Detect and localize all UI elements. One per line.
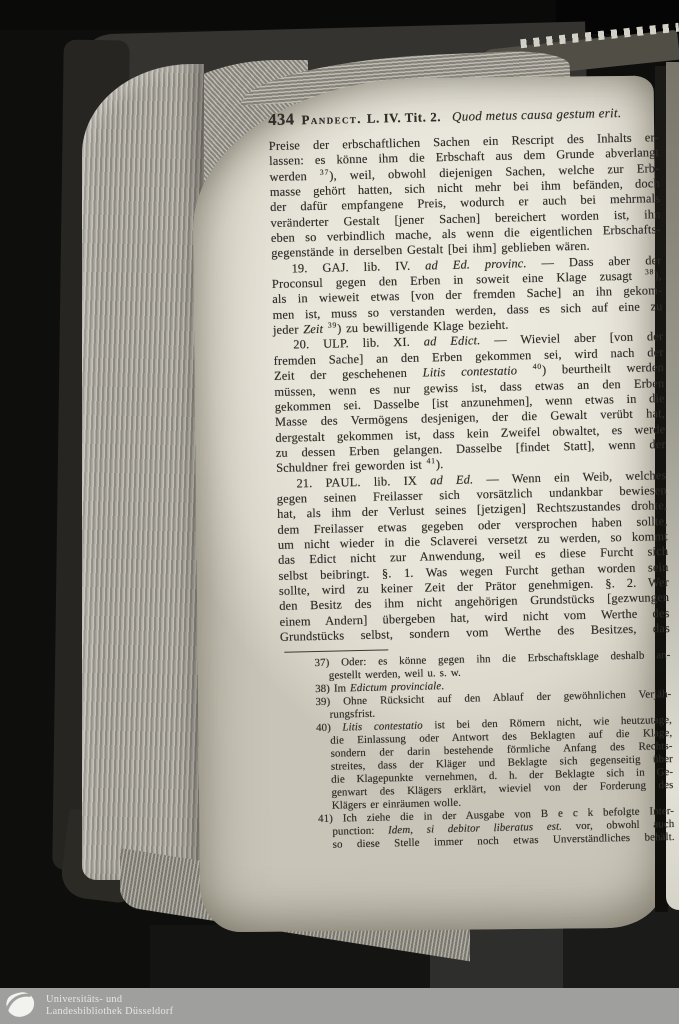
paragraph: 19. GAJ. lib. IV. ad Ed. provinc. — Dass… [271, 253, 663, 339]
ulb-duesseldorf-logo-icon [4, 991, 36, 1021]
footnotes: 37) Oder: es könne gegen ihn die Erbscha… [280, 649, 674, 853]
page-stack-left-edges [82, 64, 204, 880]
title-reference: L. IV. Tit. 2. [367, 110, 442, 127]
chapter-title: Quod metus causa gestum erit. [452, 105, 622, 125]
book-scan-photo: { "scan": { "header": { "page_number": "… [0, 0, 679, 1024]
watermark-text: Universitäts- und Landesbibliothek Düsse… [46, 994, 173, 1019]
watermark-line1: Universitäts- und [46, 994, 173, 1007]
work-title: Pandect. [301, 111, 362, 128]
paragraph: 21. PAUL. lib. IX ad Ed. — Wenn ein Weib… [276, 468, 670, 646]
library-watermark-bar: Universitäts- und Landesbibliothek Düsse… [0, 988, 679, 1024]
watermark-line2: Landesbibliothek Düsseldorf [46, 1006, 173, 1019]
body-text: Preise der erbschaftlichen Sachen ein Re… [269, 130, 670, 645]
footnote: 40) Litis contestatio ist bei den Römern… [282, 714, 674, 814]
footnote-separator [284, 650, 388, 653]
paragraph: 20. ULP. lib. XI. ad Edict. — Wieviel ab… [273, 330, 666, 477]
paragraph: Preise der erbschaftlichen Sachen ein Re… [269, 130, 662, 262]
page-number: 434 [268, 109, 295, 130]
page-text-block: 434 Pandect. L. IV. Tit. 2. Quod metus c… [268, 101, 675, 853]
